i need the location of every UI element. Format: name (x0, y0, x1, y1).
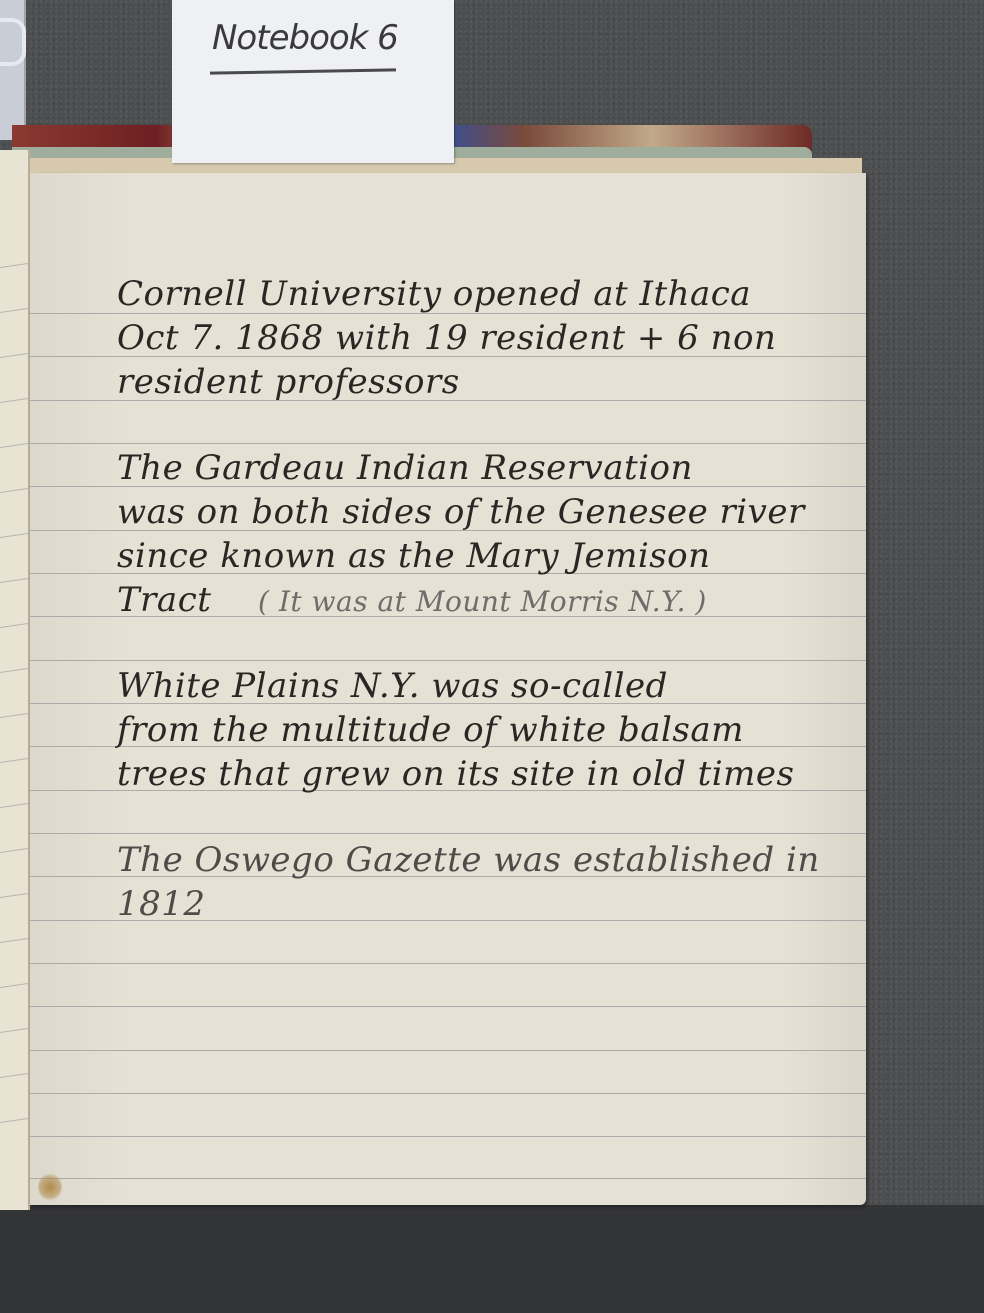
ruled-line (30, 963, 866, 964)
left-page-rule (0, 578, 28, 583)
left-page-rule (0, 263, 28, 268)
entry-3-line-2: from the multitude of white balsam (117, 708, 744, 752)
entry-3-line-1: White Plains N.Y. was so-called (117, 664, 668, 708)
ruled-line (30, 1050, 866, 1051)
entry-1-line-2: Oct 7. 1868 with 19 resident + 6 non (117, 316, 776, 360)
entry-1-line-1: Cornell University opened at Ithaca (117, 272, 751, 316)
entry-4-line-1: The Oswego Gazette was established in (117, 838, 820, 882)
notebook-label-card: Notebook 6 (172, 0, 454, 163)
backdrop-felt (0, 1205, 984, 1313)
strap-loop (0, 18, 26, 66)
label-underline (210, 68, 396, 74)
left-page-rule (0, 668, 28, 673)
left-page-rule (0, 398, 28, 403)
ruled-line (30, 1136, 866, 1137)
left-page-rule (0, 1118, 28, 1123)
entry-2-line-3: since known as the Mary Jemison (117, 534, 711, 578)
entry-2-line-2: was on both sides of the Genesee river (117, 490, 805, 534)
left-page-rule (0, 803, 28, 808)
left-page-rule (0, 488, 28, 493)
left-page-rule (0, 758, 28, 763)
left-page-rule (0, 443, 28, 448)
ruled-line (30, 833, 866, 834)
left-page-rule (0, 713, 28, 718)
entry-2-annotation: ( It was at Mount Morris N.Y. ) (258, 580, 707, 624)
left-page-rule (0, 1073, 28, 1078)
left-page-rule (0, 533, 28, 538)
entry-3-line-3: trees that grew on its site in old times (117, 752, 795, 796)
left-page-sliver (0, 150, 30, 1210)
ruled-line (30, 1006, 866, 1007)
left-page-rule (0, 353, 28, 358)
left-page-rule (0, 848, 28, 853)
left-page-rule (0, 1028, 28, 1033)
entry-4-line-2: 1812 (117, 882, 206, 926)
left-page-rule (0, 623, 28, 628)
foxing-stain (38, 1173, 62, 1201)
left-page-rule (0, 893, 28, 898)
left-page-rule (0, 308, 28, 313)
strap (0, 0, 26, 140)
ruled-line (30, 443, 866, 444)
ruled-line (30, 1093, 866, 1094)
left-page-rule (0, 983, 28, 988)
notebook-label-text: Notebook 6 (212, 18, 398, 58)
entry-2-line-1: The Gardeau Indian Reservation (117, 446, 693, 490)
left-page-rule (0, 938, 28, 943)
ruled-line (30, 660, 866, 661)
entry-1-line-3: resident professors (117, 360, 460, 404)
entry-2-line-4: Tract (117, 578, 211, 622)
ruled-line (30, 1178, 866, 1179)
